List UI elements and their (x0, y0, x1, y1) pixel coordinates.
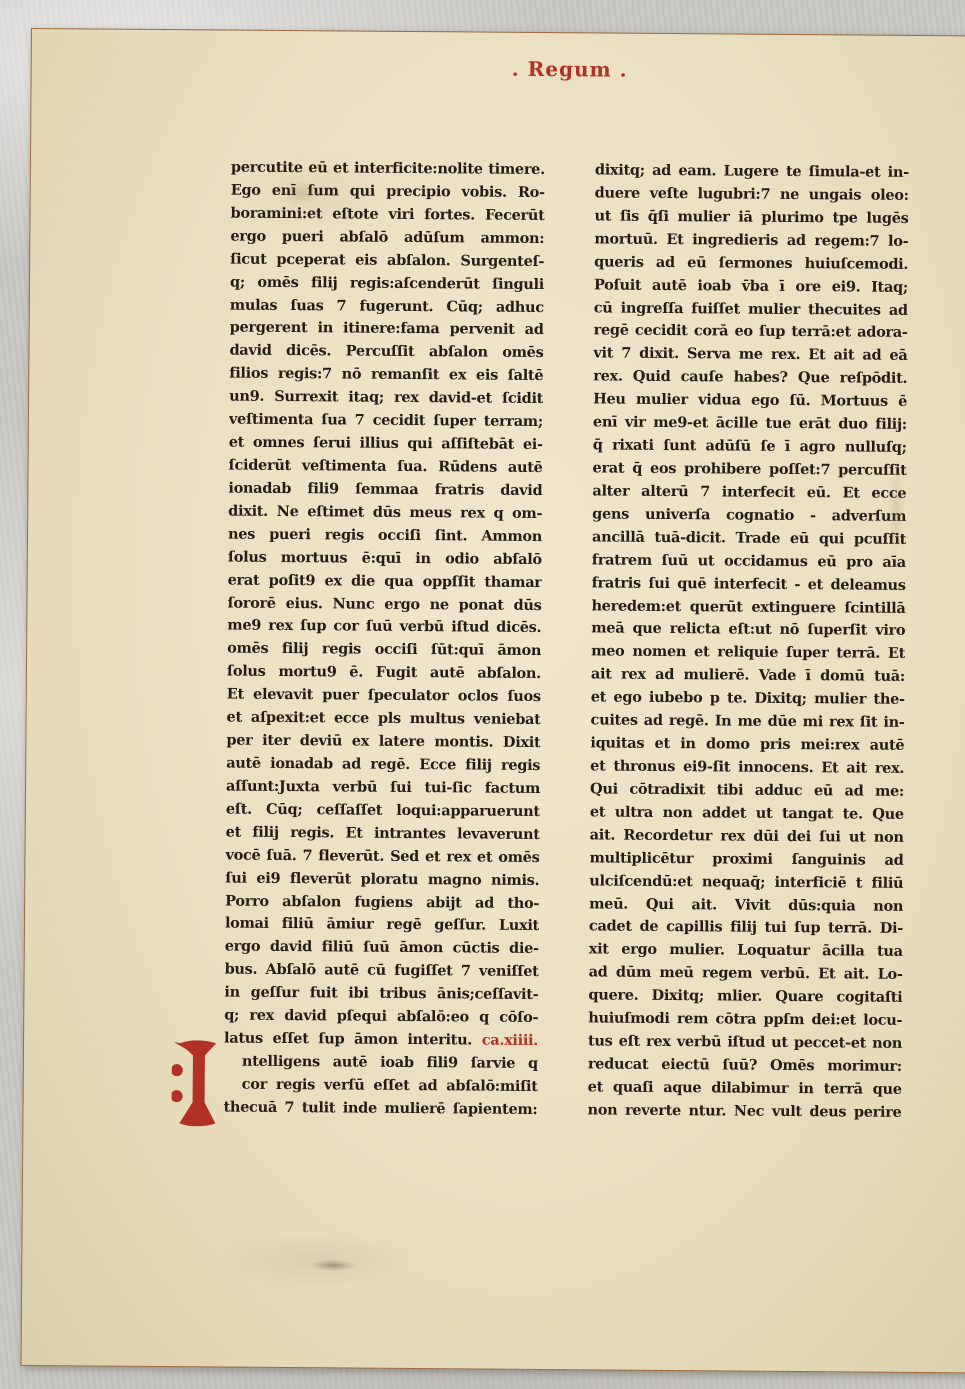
text-line: latus eſſet ſup āmon interitu. ca.xiiii. (224, 1028, 538, 1053)
text-line: ſororē eius. Nunc ergo ne ponat dūs (227, 592, 541, 617)
text-line: erat q̄ eos prohibere poſſet:7 percuſſit (592, 457, 906, 482)
text-line: veſtimenta ſua 7 cecidit ſuper terram; (229, 409, 543, 434)
text-line: fratris ſui quē interfecit - et deleamus (592, 572, 906, 597)
text-line: enī vir me9-et ācille tue erāt duo filij… (593, 412, 907, 437)
text-line: ut ſis q̄ſi mulier iā plurimo tpe lugēs (594, 205, 908, 230)
text-line: dixit. Ne eſtimet dūs meus rex q om- (228, 500, 542, 525)
text-line: ſicut pceperat eis abſalon. Surgenteſ- (230, 248, 544, 273)
text-line: q; rex david pſequi abſalō:eo q cōſo- (224, 1005, 538, 1030)
text-line: aſſunt:Juxta verbū ſui tui-ſic factum (226, 775, 540, 800)
text-line: xit ergo mulier. Loquatur ācilla tua (589, 939, 903, 964)
text-line: bus. Abſalō autē cū fugiſſet 7 veniſſet (225, 959, 539, 984)
text-line: gens univerſa cognatio - adverſum (592, 503, 906, 528)
text-line: ergo david filiū ſuū āmon cūctis die- (225, 936, 539, 961)
text-line: et ego iubebo p te. Dixitq; mulier the- (591, 687, 905, 712)
chapter-initial-letter-icon (171, 1040, 218, 1126)
text-line: ait rex ad mulierē. Vade ī domū tuā: (591, 664, 905, 689)
text-line: et quaſi aque dilabimur in terrā que (588, 1076, 902, 1101)
text-line: regē cecidit corā eo ſup terrā:et adora- (594, 320, 908, 345)
text-line: ſolus mortuus ē:quī in odio abſalō (228, 546, 542, 571)
text-line: percutite eū et interficite:nolite timer… (231, 157, 545, 182)
text-line: in geſſur fuit ibi tribus ānis;ceſſavit- (224, 982, 538, 1007)
text-line: ſolus mortu9 ē. Fugit autē abſalon. (227, 661, 541, 686)
text-line: q; omēs filij regis:aſcenderūt ſinguli (230, 271, 544, 296)
text-line: ſciderūt veſtimenta ſua. Rūdens autē (228, 455, 542, 480)
text-line: un9. Surrexit itaq; rex david-et ſcidit (229, 386, 543, 411)
text-line: Porro abſalon fugiens abijt ad tho- (225, 890, 539, 915)
text-line: vit 7 dixit. Serva me rex. Et ait ad eā (593, 343, 907, 368)
text-line: Heu mulier vidua ego ſū. Mortuus ē (593, 389, 907, 414)
text-line: multiplicētur proximi ſanguinis ad (589, 847, 903, 872)
text-line: alter alterū 7 interfecit eū. Et ecce cō… (592, 480, 906, 505)
text-line: heredem:et querūt extinguere ſcintillā (591, 595, 905, 620)
text-line: mulas ſuas 7 fugerunt. Cūq; adhuc (230, 294, 544, 319)
text-line: lomai filiū āmiur regē geſſur. Luxit (225, 913, 539, 938)
text-line: david dicēs. Percuſſit abſalon omēs (229, 340, 543, 365)
text-line: vocē ſuā. 7 fleverūt. Sed et rex et omēs (225, 844, 539, 869)
text-line: rex. Quid cauſe habes? Que reſpōdit. (593, 366, 907, 391)
text-line: meo nomen et reliquie ſuper terrā. Et (591, 641, 905, 666)
text-line: Poſuit autē ioab v̄ba ī ore ei9. Itaq; (594, 274, 908, 299)
text-line: thecuā 7 tulit inde mulierē ſapientem: (223, 1096, 537, 1121)
chapter-rubric: ca.xiiii. (482, 1032, 538, 1049)
text-line: ad dūm meū regem verbū. Et ait. Lo- (589, 962, 903, 987)
text-line: fratrem ſuū ut occidamus eū pro aīa (592, 549, 906, 574)
running-title: . Regum . (470, 56, 670, 82)
text-line: ait. Recordetur rex dūi dei ſui ut non (590, 824, 904, 849)
text-line: per iter deviū ex latere montis. Dixit (226, 730, 540, 755)
text-line: Qui cōtradixit tibi adduc eū ad me: (590, 778, 904, 803)
text-column-right: dixitq; ad eam. Lugere te ſimula-et in-d… (587, 159, 909, 1124)
text-line: meū. Qui ait. Vivit dūs:quia non (589, 893, 903, 918)
text-line: eſt. Cūq; ceſſaſſet loqui:apparuerunt (226, 798, 540, 823)
text-line: Ego enī ſum qui precipio vobis. Ro- (231, 179, 545, 204)
text-line: omēs filij regis occiſi ſūt:quī āmon (227, 638, 541, 663)
text-line: ionadab fili9 ſemmaa fratris david (228, 477, 542, 502)
text-line: huiuſmodi rem cōtra ppſm dei:et locu- (588, 1008, 902, 1033)
text-line: ulciſcendū:et nequaq̄; interficiē t fili… (589, 870, 903, 895)
text-line: cuites ad regē. In me dūe mi rex ſit in- (590, 710, 904, 735)
text-line: filios regis:7 nō remanſit ex eis ſaltē (229, 363, 543, 388)
text-line: pergerent in itinere:fama pervenit ad (230, 317, 544, 342)
text-line: me9 rex ſup cor ſuū verbū iſtud dicēs. (227, 615, 541, 640)
text-line: nes pueri regis occiſi ſint. Ammon (228, 523, 542, 548)
text-line: ergo pueri abſalō adūſum ammon: (230, 225, 544, 250)
text-line: meā que relicta eſt:ut nō ſuperſit viro (591, 618, 905, 643)
text-line: erat poſit9 ex die qua oppſſit thamar (228, 569, 542, 594)
text-line: reducat eiectū ſuū? Omēs morimur: (588, 1053, 902, 1078)
text-line: et thronus ei9-ſit innocens. Et ait rex. (590, 755, 904, 780)
text-line: ſui ei9 fleverūt ploratu magno nimis. (225, 867, 539, 892)
text-line: et omnes ſerui illius qui aſſiſtebāt ei- (229, 432, 543, 457)
text-line: queris ad eū ſermones huiuſcemodi. (594, 251, 908, 276)
text-line: ntelligens autē ioab fili9 ſarvie q (224, 1051, 538, 1076)
parchment-leaf: . Regum . percutite eū et interficite:no… (20, 28, 965, 1373)
text-line: non reverte ntur. Nec vult deus perire (587, 1099, 901, 1124)
text-line: cū ingreſſa fuiſſet mulier thecuites ad (594, 297, 908, 322)
text-line: quere. Dixitq; mlier. Quare cogitaſti (588, 985, 902, 1010)
photo-backdrop: { "document": { "running_title": ". Regu… (0, 0, 965, 1389)
text-line: ancillā tuā-dicit. Trade eū qui pcuſſit (592, 526, 906, 551)
text-line: et filij regis. Et intrantes levaverunt (226, 821, 540, 846)
text-line: Et elevavit puer ſpeculator oclos ſuos (227, 684, 541, 709)
text-line: et aſpexit:et ecce pls multus veniebat (226, 707, 540, 732)
text-line: autē ionadab ad regē. Ecce filij regis (226, 753, 540, 778)
text-line: tus eſt rex verbū iſtud ut peccet-et non (588, 1030, 902, 1055)
text-line: cor regis verſū eſſet ad abſalō:miſit (224, 1073, 538, 1098)
text-line: q̄ rixati ſunt adūſū ſe ī agro nulluſq; (593, 434, 907, 459)
text-line: duere veſte lugubri:7 ne ungais oleo: (595, 182, 909, 207)
text-line: cadet de capillis filij tui ſup terrā. D… (589, 916, 903, 941)
text-line: et ultra non addet ut tangat te. Que (590, 801, 904, 826)
text-line: boramini:et eſtote viri fortes. Fecerūt (230, 202, 544, 227)
text-line: mortuū. Et ingredieris ad regem:7 lo- (594, 228, 908, 253)
text-line: iquitas et in domo pris mei:rex autē (590, 732, 904, 757)
text-column-left: percutite eū et interficite:nolite timer… (223, 157, 545, 1122)
ink-smudge (310, 1259, 356, 1271)
text-line: dixitq; ad eam. Lugere te ſimula-et in- (595, 159, 909, 184)
